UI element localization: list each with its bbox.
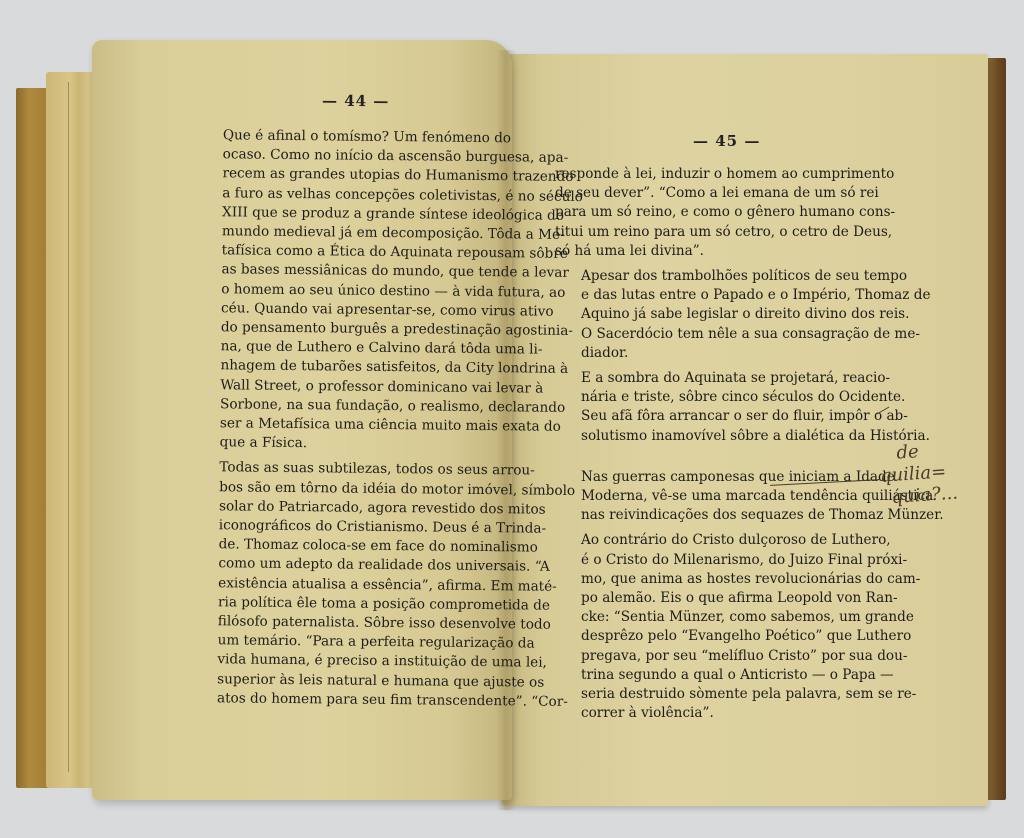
text-line: cke: “Sentia Münzer, como sabemos, um gr… [555,608,875,627]
text-line: para um só reino, e como o gênero humano… [555,203,875,222]
text-line: que a Física. [194,433,502,455]
text-line: recem as grandes utopias do Humanismo tr… [196,164,504,186]
text-line: Ao contrário do Cristo dulçoroso de Luth… [555,531,875,550]
text-line: Seu afã fôra arrancar o ser do fluir, im… [555,407,875,426]
text-line: trina segundo a qual o Anticristo — o Pa… [555,666,875,685]
text-line: diador. [555,344,875,363]
text-line: solutismo inamovível sôbre a dialética d… [555,427,875,446]
text-line: é o Cristo do Milenarismo, do Juizo Fina… [555,551,875,570]
text-line: só há uma lei divina”. [555,242,875,261]
page-number-right: — 45 — [693,132,760,150]
paragraph: Todas as suas subtilezas, todos os seus … [191,458,502,711]
text-line: mo, que anima as hostes revolucionárias … [555,570,875,589]
text-line: O Sacerdócio tem nêle a sua consagração … [555,325,875,344]
book-cover-left-edge [16,88,50,788]
text-line: Nas guerras camponesas que iniciam a Ida… [555,468,875,487]
open-book-photo: — 44 — Que é afinal o tomísmo? Um fenóme… [0,0,1024,838]
text-line: correr à violência”. [555,704,875,723]
text-line: E a sombra do Aquinata se projetará, rea… [555,369,875,388]
text-line: Moderna, vê-se uma marcada tendência qui… [555,487,875,506]
text-line: e das lutas entre o Papado e o Império, … [555,286,875,305]
text-line: nas reivindicações dos sequazes de Thoma… [555,506,875,525]
book-cover-right-edge [986,58,1006,800]
paragraph: E a sombra do Aquinata se projetará, rea… [555,369,875,446]
paragraph: Que é afinal o tomísmo? Um fenómeno do o… [194,126,505,456]
right-page-text: responde à lei, induzir o homem ao cumpr… [555,165,875,723]
text-line: seria destruido sòmente pela palavra, se… [555,685,875,704]
text-line: atos do homem para seu fim transcendente… [191,689,499,711]
page-number-left: — 44 — [322,92,389,110]
paragraph: Apesar dos trambolhões políticos de seu … [555,267,875,363]
text-line: nária e triste, sôbre cinco séculos do O… [555,388,875,407]
text-line: Apesar dos trambolhões políticos de seu … [555,267,875,286]
text-line: de seu dever”. “Como a lei emana de um s… [555,184,875,203]
text-line: responde à lei, induzir o homem ao cumpr… [555,165,875,184]
paragraph: responde à lei, induzir o homem ao cumpr… [555,165,875,261]
left-page-text: Que é afinal o tomísmo? Um fenómeno do o… [191,126,505,711]
text-line: titui um reino para um só cetro, o cetro… [555,223,875,242]
paragraph: Nas guerras camponesas que iniciam a Ida… [555,468,875,526]
margin-note: de quilia= quia?... [878,436,992,510]
text-line: pregava, por seu “melífluo Cristo” por s… [555,647,875,666]
text-line: desprêzo pelo “Evangelho Poético” que Lu… [555,627,875,646]
paragraph: Ao contrário do Cristo dulçoroso de Luth… [555,531,875,723]
text-line: Aquino já sabe legislar o direito divino… [555,305,875,324]
text-line: po alemão. Eis o que afirma Leopold von … [555,589,875,608]
